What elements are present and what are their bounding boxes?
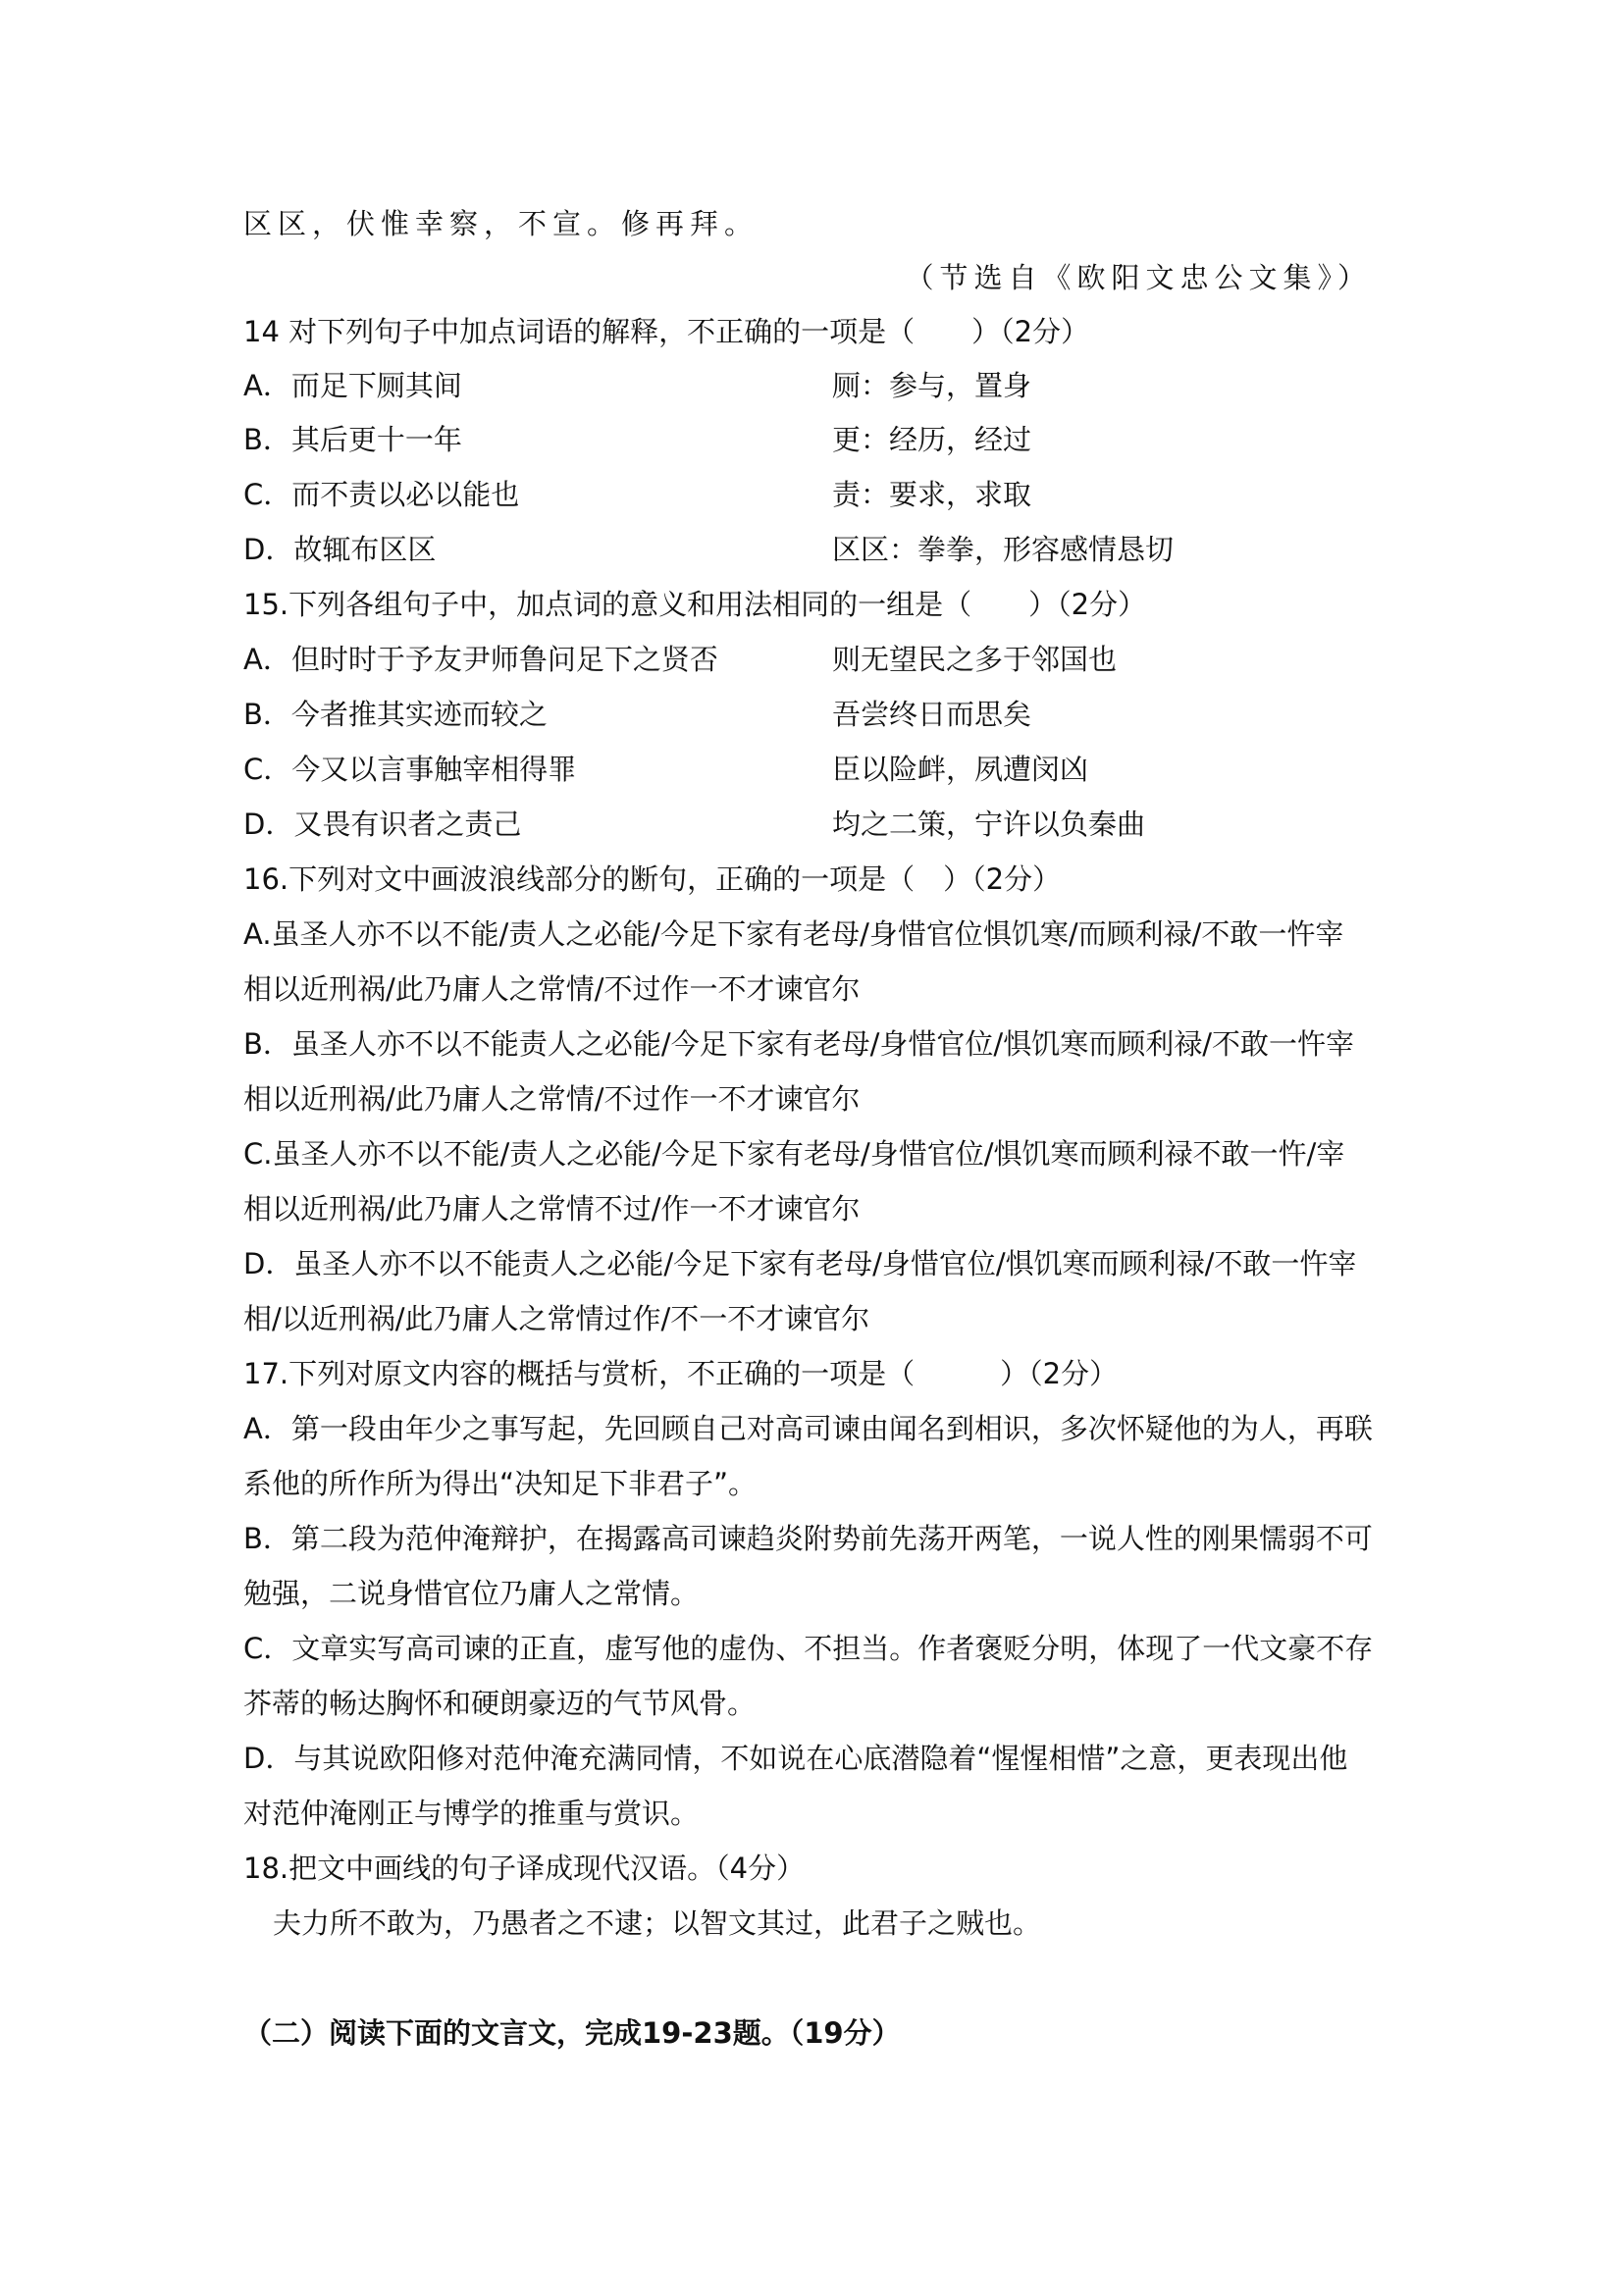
q17-option-d-line2: 对范仲淹刚正与博学的推重与赏识。 xyxy=(243,1794,699,1833)
q16-option-c-line1: C.虽圣人亦不以不能/责人之必能/今足下家有老母/身惜官位/惧饥寒而顾利禄不敢一… xyxy=(243,1134,1344,1174)
section-heading: （二）阅读下面的文言文，完成19-23题。（19分） xyxy=(243,2013,901,2053)
q17-option-a-line1: A．第一段由年少之事写起，先回顾自己对高司谏由闻名到相识，多次怀疑他的为人，再联 xyxy=(243,1409,1373,1448)
exam-page: 区区，伏惟幸察，不宣。修再拜。 （节选自《欧阳文忠公文集》） 14 对下列句子中… xyxy=(0,0,1623,2296)
source-citation: （节选自《欧阳文忠公文集》） xyxy=(905,258,1372,297)
q14-option-b: B．其后更十一年 xyxy=(243,420,462,459)
q16-option-d-line2: 相/以近刑祸/此乃庸人之常情过作/不一不才谏官尔 xyxy=(243,1299,869,1338)
q16-option-c-line2: 相以近刑祸/此乃庸人之常情不过/作一不才谏官尔 xyxy=(243,1189,861,1228)
q14-option-a: A．而足下厕其间 xyxy=(243,366,462,405)
q15-option-a: A．但时时于予友尹师鲁问足下之贤否 xyxy=(243,640,718,679)
q17-option-d-line1: D．与其说欧阳修对范仲淹充满同情，不如说在心底潜隐着“惺惺相惜”之意，更表现出他 xyxy=(243,1739,1347,1778)
question-16-stem: 16.下列对文中画波浪线部分的断句，正确的一项是（ ）（2分） xyxy=(243,860,1061,899)
q16-option-a-line1: A.虽圣人亦不以不能/责人之必能/今足下家有老母/身惜官位惧饥寒/而顾利禄/不敢… xyxy=(243,914,1343,954)
q15-option-d: D．又畏有识者之责己 xyxy=(243,805,521,844)
q14-option-c-gloss: 责：要求，求取 xyxy=(832,475,1031,514)
q14-option-b-gloss: 更：经历，经过 xyxy=(832,420,1031,459)
q16-option-b-line1: B．虽圣人亦不以不能责人之必能/今足下家有老母/身惜官位/惧饥寒而顾利禄/不敢一… xyxy=(243,1024,1354,1064)
q16-option-d-line1: D．虽圣人亦不以不能责人之必能/今足下家有老母/身惜官位/惧饥寒而顾利禄/不敢一… xyxy=(243,1244,1356,1283)
q17-option-c-line2: 芥蒂的畅达胸怀和硬朗豪迈的气节风骨。 xyxy=(243,1684,756,1723)
q15-option-c-pair: 臣以险衅，夙遭闵凶 xyxy=(832,750,1088,789)
q17-option-a-line2: 系他的所作所为得出“决知足下非君子”。 xyxy=(243,1464,757,1503)
q17-option-b-line2: 勉强，二说身惜官位乃庸人之常情。 xyxy=(243,1574,699,1613)
q14-option-a-gloss: 厕：参与，置身 xyxy=(832,366,1031,405)
q17-option-b-line1: B．第二段为范仲淹辩护，在揭露高司谏趋炎附势前先荡开两笔，一说人性的刚果懦弱不可 xyxy=(243,1519,1373,1558)
q15-option-b: B．今者推其实迹而较之 xyxy=(243,695,548,734)
q16-option-a-line2: 相以近刑祸/此乃庸人之常情/不过作一不才谏官尔 xyxy=(243,969,861,1009)
letter-closing: 区区，伏惟幸察，不宣。修再拜。 xyxy=(243,204,759,243)
q17-option-c-line1: C．文章实写高司谏的正直，虚写他的虚伪、不担当。作者褒贬分明，体现了一代文豪不存 xyxy=(243,1629,1373,1668)
q14-option-d-gloss: 区区：拳拳，形容感情恳切 xyxy=(832,530,1174,569)
question-15-stem: 15.下列各组句子中，加点词的意义和用法相同的一组是（ ）（2分） xyxy=(243,585,1146,624)
q14-option-d: D．故辄布区区 xyxy=(243,530,436,569)
question-18-stem: 18.把文中画线的句子译成现代汉语。（4分） xyxy=(243,1849,805,1888)
q15-option-a-pair: 则无望民之多于邻国也 xyxy=(832,640,1117,679)
q16-option-b-line2: 相以近刑祸/此乃庸人之常情/不过作一不才谏官尔 xyxy=(243,1079,861,1119)
q15-option-c: C．今又以言事触宰相得罪 xyxy=(243,750,576,789)
question-14-stem: 14 对下列句子中加点词语的解释，不正确的一项是（ ）（2分） xyxy=(243,312,1089,351)
question-17-stem: 17.下列对原文内容的概括与赏析，不正确的一项是（ ）（2分） xyxy=(243,1354,1118,1393)
q18-sentence: 夫力所不敢为，乃愚者之不逮；以智文其过，此君子之贼也。 xyxy=(273,1904,1041,1943)
q15-option-b-pair: 吾尝终日而思矣 xyxy=(832,695,1031,734)
q14-option-c: C．而不责以必以能也 xyxy=(243,475,519,514)
q15-option-d-pair: 均之二策，宁许以负秦曲 xyxy=(832,805,1145,844)
